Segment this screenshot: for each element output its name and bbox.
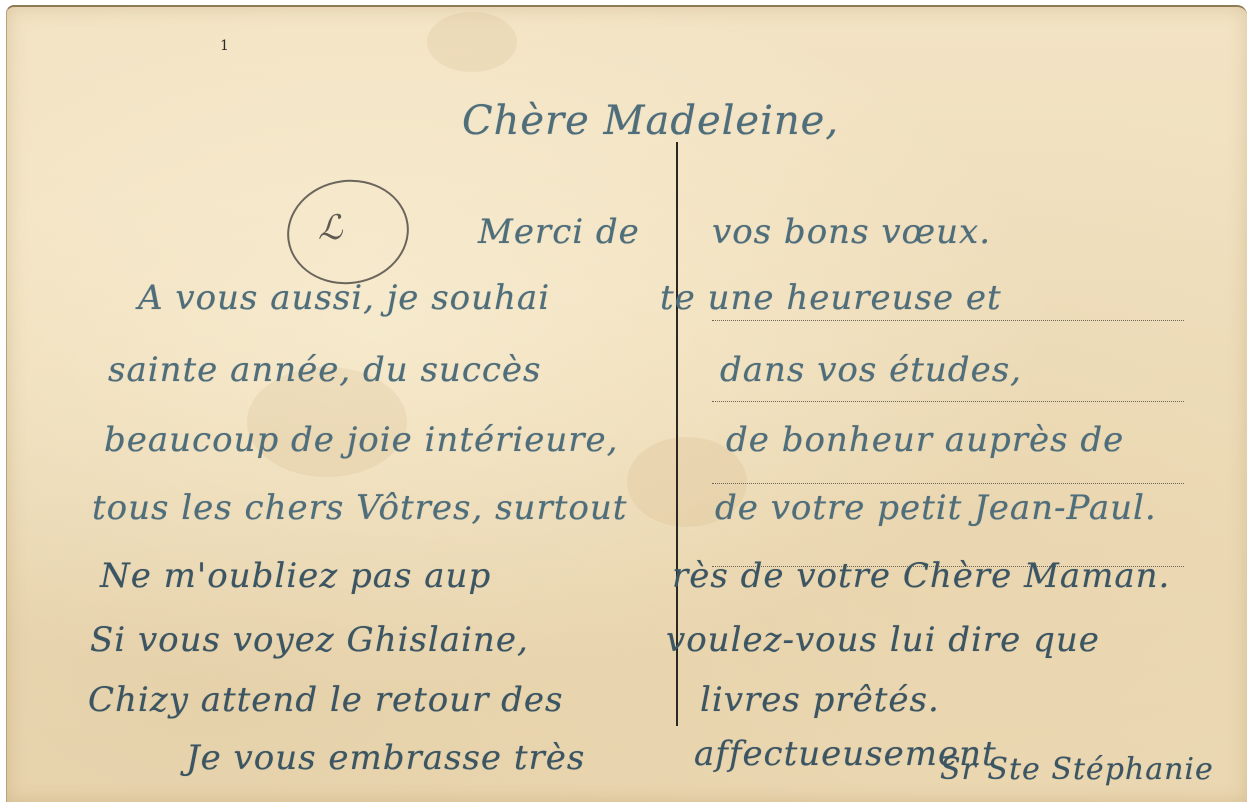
letter-line-1-right: vos bons vœux. [712, 212, 991, 252]
letter-line-5-left: tous les chers Vôtres, surtout [92, 488, 627, 528]
letter-line-1-left: Merci de [478, 212, 640, 252]
letter-line-7-right: voulez-vous lui dire que [666, 620, 1100, 660]
letter-line-2-right: te une heureuse et [660, 278, 1002, 318]
circled-pencil-glyph: ℒ [318, 208, 343, 248]
paper-stain [427, 12, 517, 72]
letter-line-2-left: A vous aussi, je souhai [138, 278, 550, 318]
letter-line-9-left: Je vous embrasse très [186, 738, 585, 778]
address-rule-1 [712, 320, 1184, 321]
signature: Sr Ste Stéphanie [940, 752, 1214, 787]
letter-line-8-right: livres prêtés. [700, 680, 940, 720]
salutation: Chère Madeleine, [462, 98, 839, 144]
letter-line-6-left: Ne m'oubliez pas aup [100, 556, 491, 596]
address-rule-2 [712, 401, 1184, 402]
letter-line-4-right: de bonheur auprès de [726, 420, 1124, 460]
letter-line-3-right: dans vos études, [720, 350, 1022, 390]
letter-line-5-right: de votre petit Jean-Paul. [715, 488, 1157, 528]
address-rule-3 [712, 483, 1184, 484]
letter-line-3-left: sainte année, du succès [108, 350, 541, 390]
letter-line-7-left: Si vous voyez Ghislaine, [90, 620, 529, 660]
corner-pencil-mark: 1 [220, 38, 229, 54]
letter-line-6-right: rès de votre Chère Maman. [672, 556, 1170, 596]
letter-line-4-left: beaucoup de joie intérieure, [104, 420, 618, 460]
letter-line-8-left: Chizy attend le retour des [88, 680, 564, 720]
